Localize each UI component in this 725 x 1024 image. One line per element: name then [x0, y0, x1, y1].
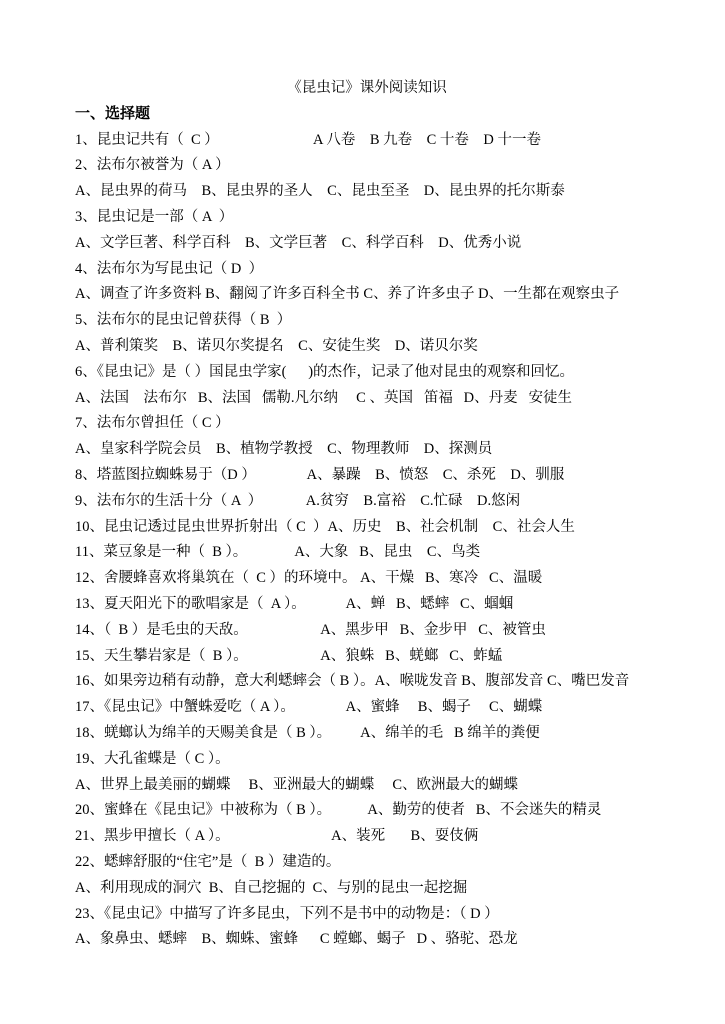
- document-line: 9、法布尔的生活十分（ A ） A.贫穷 B.富裕 C.忙碌 D.悠闲: [75, 489, 659, 515]
- document-line: A、法国 法布尔 B、法国 儒勒.凡尔纳 C 、英国 笛福 D、丹麦 安徒生: [75, 386, 659, 412]
- document-line: A、昆虫界的荷马 B、昆虫界的圣人 C、昆虫至圣 D、昆虫界的托尔斯泰: [75, 179, 659, 205]
- document-line: 19、大孔雀蝶是（ C ）。: [75, 747, 659, 773]
- document-page: 《昆虫记》课外阅读知识 一、选择题 1、昆虫记共有（ C ） A 八卷 B 九卷…: [0, 0, 725, 1024]
- document-line: 5、法布尔的昆虫记曾获得（ B ）: [75, 308, 659, 334]
- document-line: 17、《昆虫记》中蟹蛛爱吃（ A ）。 A、蜜蜂 B、蝎子 C、蝴蝶: [75, 695, 659, 721]
- document-line: 10、昆虫记透过昆虫世界折射出（ C ）A、历史 B、社会机制 C、社会人生: [75, 515, 659, 541]
- document-line: 12、舍腰蜂喜欢将巢筑在（ C ）的环境中。 A、干燥 B、寒冷 C、温暖: [75, 566, 659, 592]
- document-line: A、文学巨著、科学百科 B、文学巨著 C、科学百科 D、优秀小说: [75, 231, 659, 257]
- document-line: 2、法布尔被誉为（ A ）: [75, 153, 659, 179]
- document-line: 11、菜豆象是一种（ B ）。 A、大象 B、昆虫 C、鸟类: [75, 540, 659, 566]
- page-title: 《昆虫记》课外阅读知识: [75, 76, 659, 102]
- document-line: 13、夏天阳光下的歌唱家是（ A ）。 A、蝉 B、蟋蟀 C、蝈蝈: [75, 592, 659, 618]
- document-line: 18、蜣螂认为绵羊的天赐美食是（ B ）。 A、绵羊的毛 B 绵羊的粪便: [75, 721, 659, 747]
- document-line: 6、《昆虫记》是（ ）国昆虫学家( )的杰作，记录了他对昆虫的观察和回忆。: [75, 360, 659, 386]
- document-line: 20、蜜蜂在《昆虫记》中被称为（ B ）。 A、勤劳的使者 B、不会迷失的精灵: [75, 798, 659, 824]
- document-line: A、皇家科学院会员 B、植物学教授 C、物理教师 D、探测员: [75, 437, 659, 463]
- document-line: 3、昆虫记是一部（ A ）: [75, 205, 659, 231]
- document-line: A、调查了许多资料 B、翻阅了许多百科全书 C、养了许多虫子 D、一生都在观察虫…: [75, 282, 659, 308]
- section-heading: 一、选择题: [75, 102, 659, 128]
- document-line: 8、塔蓝图拉蜘蛛易于（D ） A、暴躁 B、愤怒 C、杀死 D、驯服: [75, 463, 659, 489]
- document-line: 7、法布尔曾担任（ C ）: [75, 411, 659, 437]
- document-line: 21、黑步甲擅长（ A ）。 A、装死 B、耍伎俩: [75, 824, 659, 850]
- document-line: 23、《昆虫记》中描写了许多昆虫，下列不是书中的动物是：（ D ）: [75, 902, 659, 928]
- document-line: A、象鼻虫、蟋蟀 B、蜘蛛、蜜蜂 C 螳螂、蝎子 D 、骆驼、恐龙: [75, 927, 659, 953]
- question-list: 1、昆虫记共有（ C ） A 八卷 B 九卷 C 十卷 D 十一卷2、法布尔被誉…: [75, 128, 659, 954]
- document-line: A、世界上最美丽的蝴蝶 B、亚洲最大的蝴蝶 C、欧洲最大的蝴蝶: [75, 773, 659, 799]
- document-line: 16、如果旁边稍有动静，意大利蟋蟀会（ B ）。A、喉咙发音 B、腹部发音 C、…: [75, 669, 659, 695]
- document-line: 22、蟋蟀舒服的“住宅”是（ B ）建造的。: [75, 850, 659, 876]
- document-line: 15、天生攀岩家是（ B ）。 A、狼蛛 B、蜣螂 C、蚱蜢: [75, 644, 659, 670]
- document-line: A、利用现成的洞穴 B、自己挖掘的 C、与别的昆虫一起挖掘: [75, 876, 659, 902]
- document-line: A、普利策奖 B、诺贝尔奖提名 C、安徒生奖 D、诺贝尔奖: [75, 334, 659, 360]
- document-line: 14、（ B ）是毛虫的天敌。 A、黑步甲 B、金步甲 C、被管虫: [75, 618, 659, 644]
- document-line: 1、昆虫记共有（ C ） A 八卷 B 九卷 C 十卷 D 十一卷: [75, 128, 659, 154]
- document-line: 4、法布尔为写昆虫记（ D ）: [75, 257, 659, 283]
